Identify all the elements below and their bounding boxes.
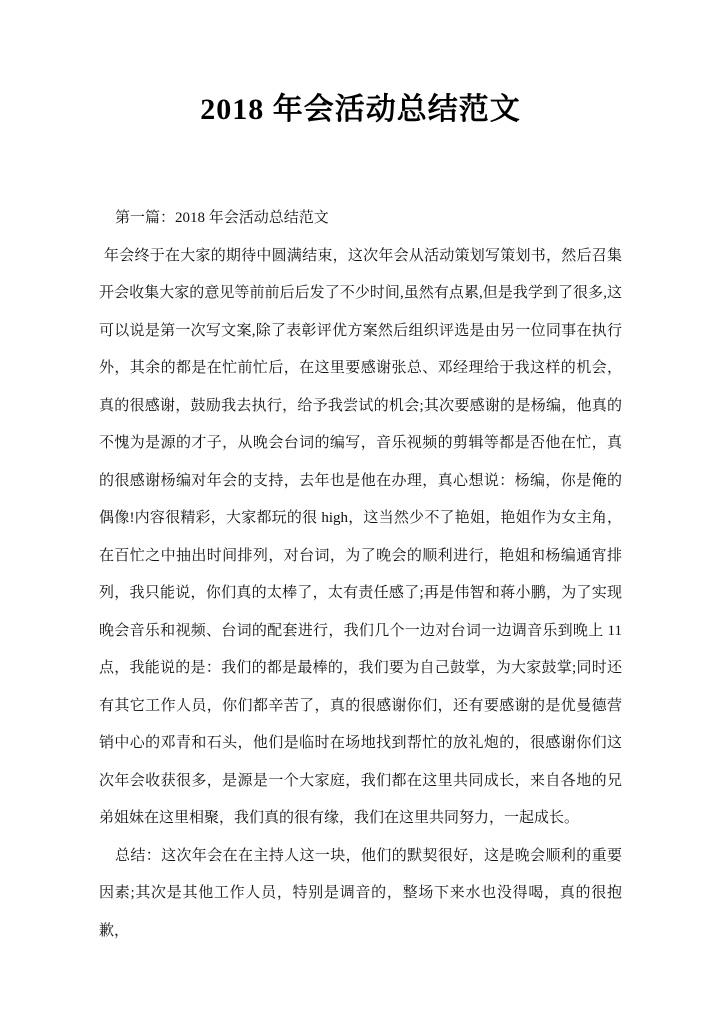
document-page: 2018 年会活动总结范文 第一篇：2018 年会活动总结范文 年会终于在大家的…: [0, 0, 721, 1020]
document-title: 2018 年会活动总结范文: [0, 84, 721, 128]
paragraph-main-body: 年会终于在大家的期待中圆满结束，这次年会从活动策划写策划书，然后召集开会收集大家…: [99, 238, 622, 838]
paragraph-section-heading: 第一篇：2018 年会活动总结范文: [99, 200, 622, 238]
paragraph-summary: 总结：这次年会在在主持人这一块，他们的默契很好，这是晚会顺利的重要因素;其次是其…: [99, 838, 622, 951]
document-body: 第一篇：2018 年会活动总结范文 年会终于在大家的期待中圆满结束，这次年会从活…: [99, 200, 622, 950]
